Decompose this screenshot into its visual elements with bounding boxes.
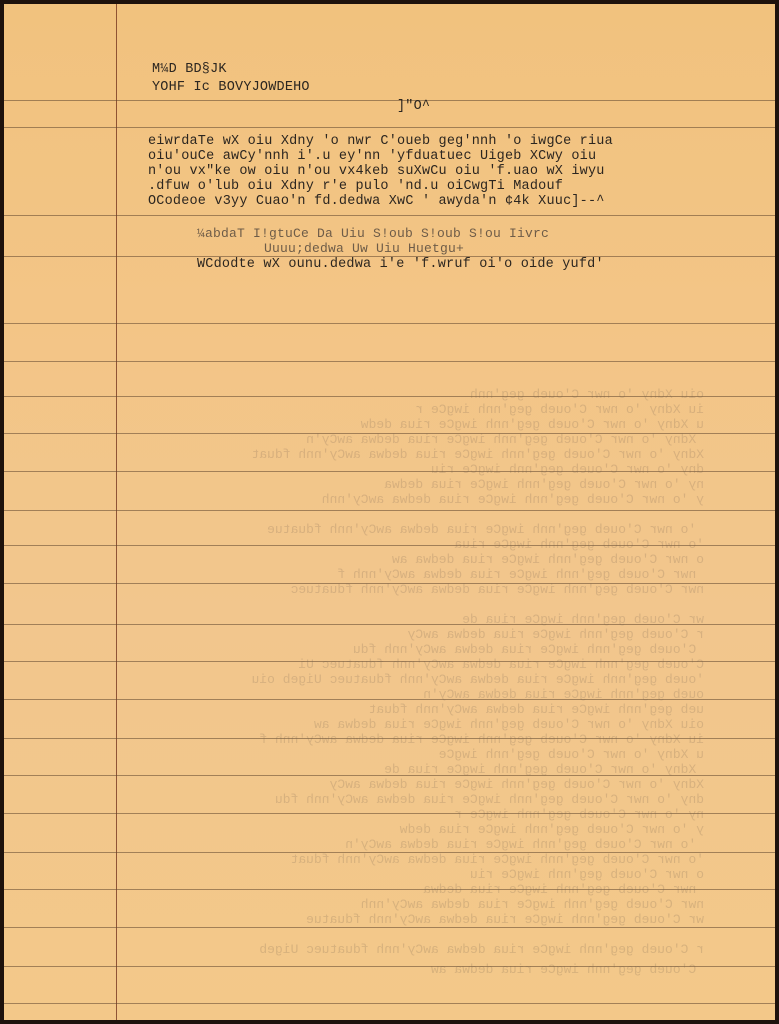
ghost-line: wr C'oueb geg'nnh iwgCe riua dedwa awCy'… [144, 912, 704, 927]
ruled-line [4, 510, 775, 511]
ghost-line: r C'oueb geg'nnh iwgCe riua dedwa awCy'n… [144, 942, 704, 957]
ghost-line: ny 'o nwr C'oueb geg'nnh iwgCe riua dedw… [144, 477, 704, 492]
ghost-line: r C'oueb geg'nnh iwgCe riua dedwa awCy [144, 627, 704, 642]
paragraph-line: OCodeoe v3yy Cuao'n fd.dedwa XwC ' awyda… [148, 194, 605, 209]
typewritten-page: M¼D BD§JK YOHF Ic BOVYJOWDEHO ]"O^ eiwrd… [4, 4, 775, 1020]
ghost-line: ueb geg'nnh iwgCe riua dedwa awCy'nnh fd… [144, 702, 704, 717]
indented-line: ¼abdaT I!gtuCe Da Uiu S!oub S!oub S!ou I… [197, 226, 549, 241]
ghost-line: C'oueb geg'nnh iwgCe riua dedwa aw [144, 962, 704, 977]
ruled-line [4, 215, 775, 216]
ghost-line: nwr C'oueb geg'nnh iwgCe riua dedwa awCy… [144, 567, 704, 582]
ghost-line: o nwr C'oueb geg'nnh iwgCe riua dedwa aw [144, 552, 704, 567]
ghost-line: Xdny 'o nwr C'oueb geg'nnh iwgCe riua de… [144, 447, 704, 462]
ruled-line [4, 927, 775, 928]
paragraph-line: eiwrdaTe wX oiu Xdny 'o nwr C'oueb geg'n… [148, 134, 613, 149]
paragraph-line: oiu'ouCe awCy'nnh i'.u ey'nn 'yfduatuec … [148, 149, 596, 164]
ghost-line: Xdny 'o nwr C'oueb geg'nnh iwgCe riua de… [144, 432, 704, 447]
ghost-line: o nwr C'oueb geg'nnh iwgCe riu [144, 867, 704, 882]
ghost-line: nwr C'oueb geg'nnh iwgCe riua dedwa awCy… [144, 582, 704, 597]
ruled-line [4, 361, 775, 362]
page-mark: ]"O^ [397, 99, 430, 114]
ghost-line: y 'o nwr C'oueb geg'nnh iwgCe riua dedwa… [144, 492, 704, 507]
ghost-line: y 'o nwr C'oueb geg'nnh iwgCe riua dedw [144, 822, 704, 837]
ruled-line [4, 1003, 775, 1004]
header-line-2: YOHF Ic BOVYJOWDEHO [152, 80, 310, 95]
ghost-line: nwr C'oueb geg'nnh iwgCe riua dedwa awCy… [144, 897, 704, 912]
ghost-line: Xdny 'o nwr C'oueb geg'nnh iwgCe riua de… [144, 777, 704, 792]
ghost-line: u Xdny 'o nwr C'oueb geg'nnh iwgCe [144, 747, 704, 762]
indented-line: WCdodte wX ounu.dedwa i'e 'f.wruf oi'o o… [197, 257, 604, 272]
ghost-line: 'o nwr C'oueb geg'nnh iwgCe riua dedwa a… [144, 522, 704, 537]
ghost-line: u Xdny 'o nwr C'oueb geg'nnh iwgCe riua … [144, 417, 704, 432]
ghost-line: 'oueb geg'nnh iwgCe riua dedwa awCy'nnh … [144, 672, 704, 687]
margin-line [116, 4, 117, 1020]
ghost-line: dny 'o nwr C'oueb geg'nnh iwgCe riua ded… [144, 792, 704, 807]
ghost-line: 'o nwr C'oueb geg'nnh iwgCe riua [144, 537, 704, 552]
ghost-line: ny 'o nwr C'oueb geg'nnh iwgCe r [144, 807, 704, 822]
ghost-line: oiu Xdny 'o nwr C'oueb geg'nnh [144, 387, 704, 402]
ruled-line [4, 127, 775, 128]
ghost-line: nwr C'oueb geg'nnh iwgCe riua dedwa [144, 882, 704, 897]
ghost-line: 'o nwr C'oueb geg'nnh iwgCe riua dedwa a… [144, 837, 704, 852]
ghost-line: iu Xdny 'o nwr C'oueb geg'nnh iwgCe riua… [144, 732, 704, 747]
paragraph-line: .dfuw o'lub oiu Xdny r'e pulo 'nd.u oiCw… [148, 179, 563, 194]
ghost-line: oueb geg'nnh iwgCe riua dedwa awCy'n [144, 687, 704, 702]
ghost-line: wr C'oueb geg'nnh iwgCe riua de [144, 612, 704, 627]
ghost-line: oiu Xdny 'o nwr C'oueb geg'nnh iwgCe riu… [144, 717, 704, 732]
ruled-line [4, 100, 775, 101]
ghost-line: C'oueb geg'nnh iwgCe riua dedwa awCy'nnh… [144, 642, 704, 657]
ruled-line [4, 323, 775, 324]
header-line-1: M¼D BD§JK [152, 62, 227, 77]
indented-line: Uuuu;dedwa Uw Uiu Huetgu+ [264, 241, 464, 256]
ghost-line: iu Xdny 'o nwr C'oueb geg'nnh iwgCe r [144, 402, 704, 417]
ghost-line: Xdny 'o nwr C'oueb geg'nnh iwgCe riua de [144, 762, 704, 777]
ghost-line: dny 'o nwr C'oueb geg'nnh iwgCe riu [144, 462, 704, 477]
ghost-line: 'o nwr C'oueb geg'nnh iwgCe riua dedwa a… [144, 852, 704, 867]
ghost-line: C'oueb geg'nnh iwgCe riua dedwa awCy'nnh… [144, 657, 704, 672]
paragraph-line: n'ou vx"ke ow oiu n'ou vx4keb suXwCu oiu… [148, 164, 605, 179]
